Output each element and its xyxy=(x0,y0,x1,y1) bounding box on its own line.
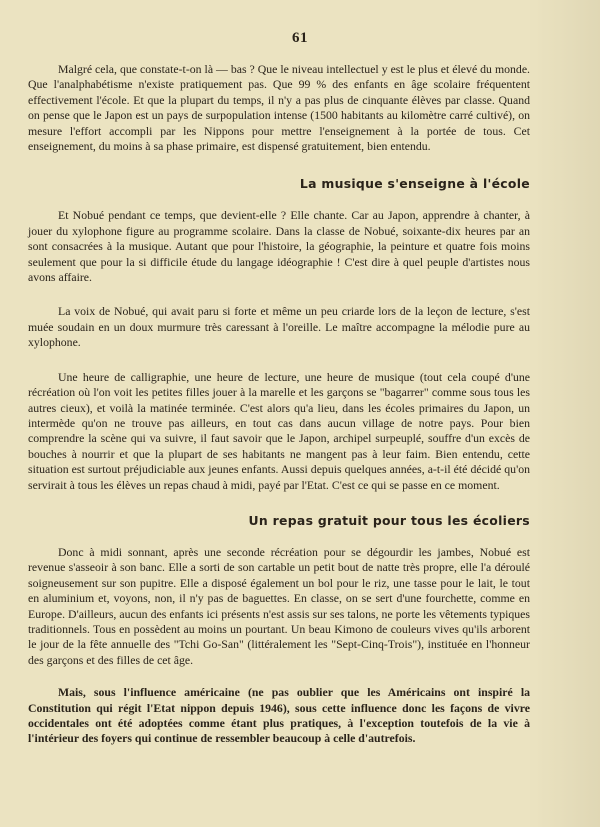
page-body: Malgré cela, que constate-t-on là — bas … xyxy=(28,62,530,747)
paragraph-intellectual-level: Malgré cela, que constate-t-on là — bas … xyxy=(28,62,530,154)
section-heading-music: La musique s'enseigne à l'école xyxy=(28,176,530,191)
page-number: 61 xyxy=(0,30,600,47)
paragraph-school-morning: Une heure de calligraphie, une heure de … xyxy=(28,370,530,493)
paragraph-nobue-sings: Et Nobué pendant ce temps, que devient-e… xyxy=(28,208,530,285)
page-edge-shadow xyxy=(528,0,600,827)
section-heading-free-meal: Un repas gratuit pour tous les écoliers xyxy=(28,513,530,528)
paragraph-nobue-voice: La voix de Nobué, qui avait paru si fort… xyxy=(28,304,530,350)
paragraph-noon-meal: Donc à midi sonnant, après une seconde r… xyxy=(28,545,530,668)
paragraph-american-influence: Mais, sous l'influence américaine (ne pa… xyxy=(28,685,530,747)
